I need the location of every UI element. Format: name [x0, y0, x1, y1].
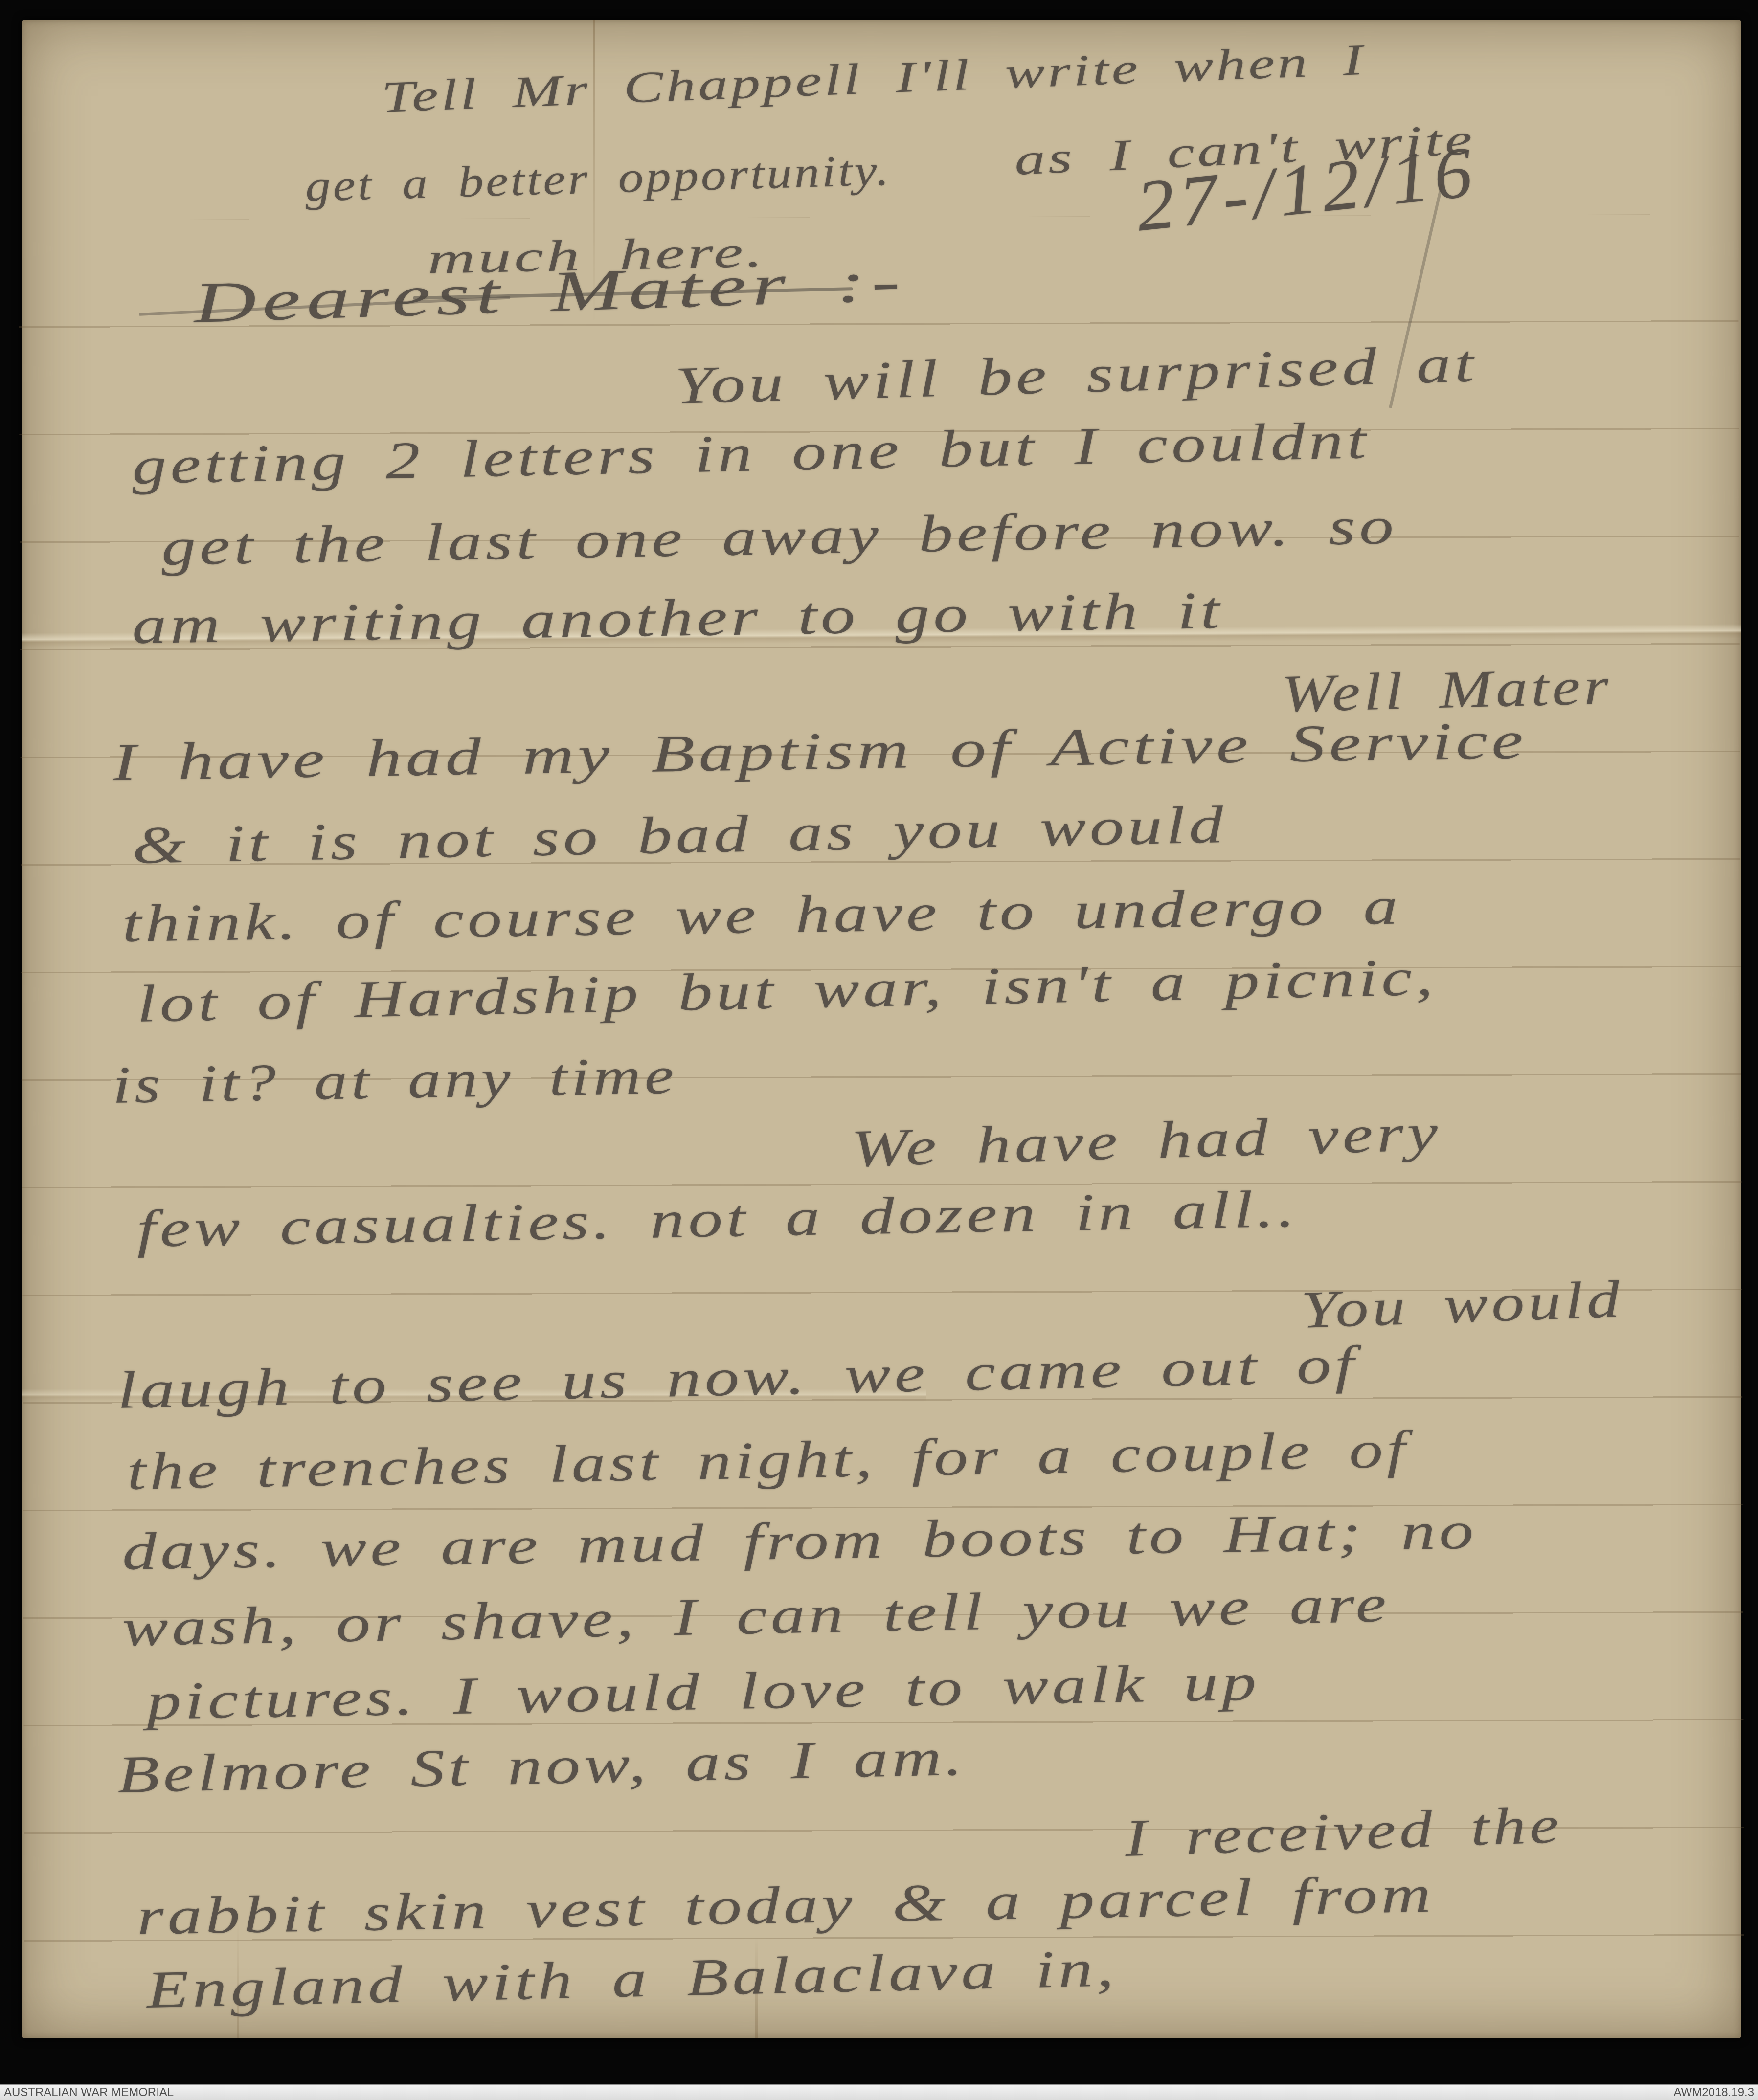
footer-institution-label: AUSTRALIAN WAR MEMORIAL	[4, 2085, 174, 2100]
footer-catalog-number: AWM2018.19.3	[1673, 2085, 1754, 2100]
awm-footer: AUSTRALIAN WAR MEMORIAL AWM2018.19.3	[0, 2084, 1758, 2100]
handwritten-line: You would	[1300, 1269, 1624, 1341]
header-note-line-2-left: get a better opportunity.	[305, 145, 892, 212]
header-note-line-1: Tell Mr Chappell I'll write when I	[381, 35, 1366, 123]
handwritten-line: is it? at any time	[112, 1046, 678, 1116]
letter-page: Tell Mr Chappell I'll write when I get a…	[22, 20, 1741, 2038]
scanned-document: Tell Mr Chappell I'll write when I get a…	[0, 0, 1758, 2100]
